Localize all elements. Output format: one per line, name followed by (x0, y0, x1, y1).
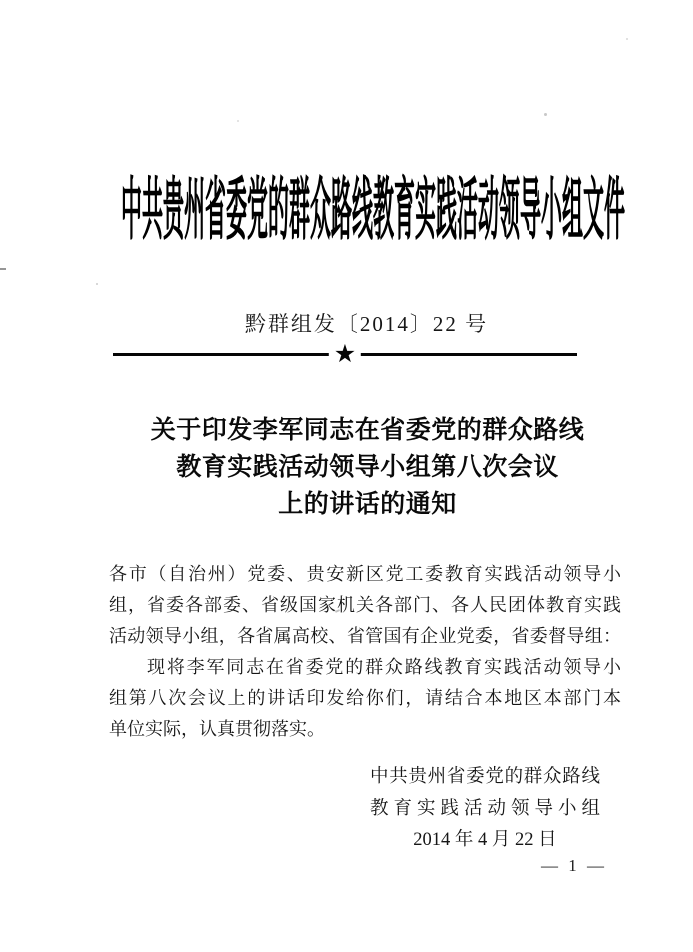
document-header-banner: 中共贵州省委党的群众路线教育实践活动领导小组文件 (120, 169, 626, 245)
scan-speck (237, 120, 239, 122)
scan-speck (96, 283, 98, 285)
title-line-2: 教育实践活动领导小组第八次会议 (21, 449, 693, 486)
doc-number: 黔群组发〔2014〕22 号 (20, 308, 693, 338)
signature-org-line-2: 教育实践活动领导小组 (370, 794, 600, 826)
title-line-3: 上的讲话的通知 (21, 486, 693, 523)
body-line: 各市（自治州）党委、贵安新区党工委教育实践活动领导小 (109, 559, 621, 590)
scan-speck (544, 113, 547, 116)
signature-block: 中共贵州省委党的群众路线 教育实践活动领导小组 2014 年 4 月 22 日 (370, 762, 600, 857)
star-icon: ★ (329, 342, 361, 367)
body-line: 单位实际，认真贯彻落实。 (109, 714, 621, 745)
scan-speck (626, 38, 628, 40)
scan-speck (0, 268, 6, 270)
signature-org-line-1: 中共贵州省委党的群众路线 (370, 762, 600, 794)
document-body: 各市（自治州）党委、贵安新区党工委教育实践活动领导小 组，省委各部委、省级国家机… (109, 559, 621, 745)
star-divider: ★ (113, 346, 577, 364)
scanned-document-page: 中共贵州省委党的群众路线教育实践活动领导小组文件 黔群组发〔2014〕22 号 … (0, 0, 693, 952)
body-line: 组，省委各部委、省级国家机关各部门、各人民团体教育实践 (109, 590, 621, 621)
body-line: 组第八次会议上的讲话印发给你们，请结合本地区本部门本 (109, 683, 621, 714)
header-banner-text: 中共贵州省委党的群众路线教育实践活动领导小组文件 (121, 158, 625, 256)
body-line: 现将李军同志在省委党的群众路线教育实践活动领导小 (109, 652, 621, 683)
document-title: 关于印发李军同志在省委党的群众路线 教育实践活动领导小组第八次会议 上的讲话的通… (21, 412, 693, 523)
title-line-1: 关于印发李军同志在省委党的群众路线 (21, 412, 693, 449)
page-number: — 1 — (541, 856, 607, 876)
body-line: 活动领导小组，各省属高校、省管国有企业党委，省委督导组： (109, 621, 621, 652)
signature-date: 2014 年 4 月 22 日 (370, 825, 600, 857)
